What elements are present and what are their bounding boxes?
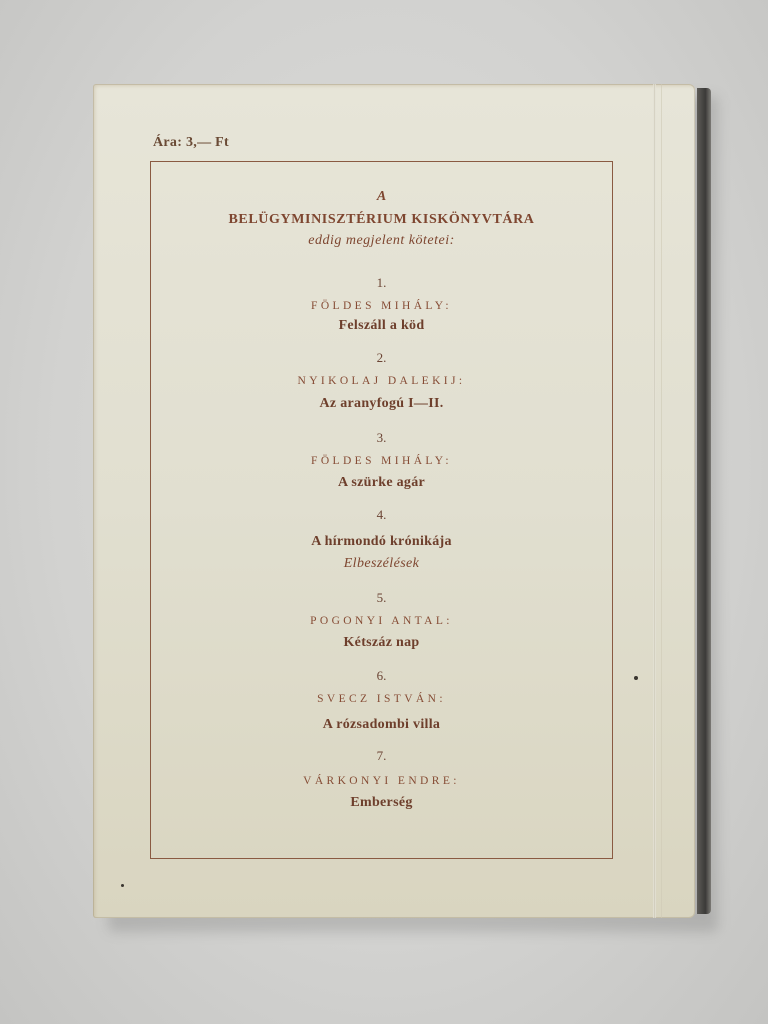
entry-author: VÁRKONYI ENDRE: xyxy=(151,775,612,787)
entry-number: 1. xyxy=(151,275,612,291)
entry-number: 7. xyxy=(151,748,612,764)
series-subtitle: eddig megjelent kötetei: xyxy=(151,233,612,249)
price-label: Ára: 3,— Ft xyxy=(153,135,229,151)
entry-title: A szürke agár xyxy=(151,475,612,491)
entry-number: 5. xyxy=(151,590,612,606)
entry-title: Kétszáz nap xyxy=(151,635,612,651)
book-page-edge xyxy=(697,88,711,914)
entry-author: SVECZ ISTVÁN: xyxy=(151,693,612,705)
series-list-frame: A BELÜGYMINISZTÉRIUM KISKÖNYVTÁRA eddig … xyxy=(150,161,613,859)
entry-number: 3. xyxy=(151,430,612,446)
entry-author: POGONYI ANTAL: xyxy=(151,615,612,627)
cover-fold-line-secondary xyxy=(661,84,662,918)
entry-title: Felszáll a köd xyxy=(151,318,612,334)
entry-number: 4. xyxy=(151,507,612,523)
series-title: BELÜGYMINISZTÉRIUM KISKÖNYVTÁRA xyxy=(151,212,612,228)
entry-title: A rózsadombi villa xyxy=(151,717,612,733)
book: Ára: 3,— Ft A BELÜGYMINISZTÉRIUM KISKÖNY… xyxy=(93,84,711,920)
entry-title: Emberség xyxy=(151,795,612,811)
entry-author: NYIKOLAJ DALEKIJ: xyxy=(151,375,612,387)
cover-fold-line xyxy=(653,84,656,918)
entry-number: 6. xyxy=(151,668,612,684)
intro-article: A xyxy=(151,189,612,205)
paper-speck xyxy=(121,884,124,887)
entry-title: Az aranyfogú I—II. xyxy=(151,396,612,412)
entry-author: FÖLDES MIHÁLY: xyxy=(151,455,612,467)
back-cover: Ára: 3,— Ft A BELÜGYMINISZTÉRIUM KISKÖNY… xyxy=(93,84,695,918)
entry-number: 2. xyxy=(151,350,612,366)
entry-title: A hírmondó krónikája xyxy=(151,534,612,550)
entry-author: FÖLDES MIHÁLY: xyxy=(151,300,612,312)
entry-subtitle: Elbeszélések xyxy=(151,556,612,572)
paper-speck xyxy=(634,676,638,680)
